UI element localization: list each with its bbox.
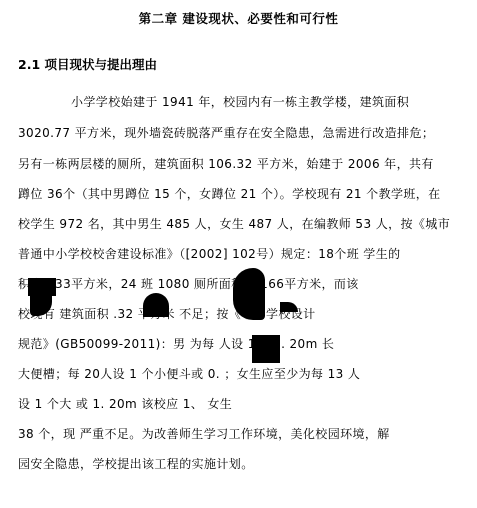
paragraph-line: 设 1 个大 或 1. 20m 该校应 1、 女生	[18, 395, 232, 412]
paragraph-line: 大便槽；每 20人设 1 个小便斗或 0. ；女生应至少为每 13 人	[18, 365, 360, 382]
paragraph-line: 小学学校始建于 1941 年，校园内有一栋主教学楼，建筑面积	[71, 93, 409, 110]
paragraph-line: 积为 133平方米，24 班 1080 厕所面积为 166平方米，而该	[18, 275, 359, 292]
redaction-blob	[252, 335, 280, 363]
paragraph-line: 普通中小学校校舍建设标准》（[2002] 102号）规定：18个班 学生的	[18, 245, 401, 262]
redaction-blob	[233, 268, 265, 320]
paragraph-line: 园安全隐患，学校提出该工程的实施计划。	[18, 455, 254, 472]
section-title: 2.1 项目现状与提出理由	[18, 55, 157, 73]
redaction-blob	[143, 293, 169, 317]
redaction-blob	[280, 302, 298, 312]
paragraph-line: 3020.77 平方米，现外墙瓷砖脱落严重存在安全隐患，急需进行改造排危；	[18, 124, 434, 141]
chapter-title: 第二章 建设现状、必要性和可行性	[0, 9, 477, 27]
paragraph-line: 另有一栋两层楼的厕所，建筑面积 106.32 平方米，始建于 2006 年，共有	[18, 155, 434, 172]
paragraph-line: 规范》(GB50099-2011)：男 为每 人设 1 个: . 20m 长	[18, 335, 334, 352]
paragraph-line: 校学生 972 名，其中男生 485 人，女生 487 人，在编教师 53 人，…	[18, 215, 450, 232]
paragraph-line: 蹲位 36个（其中男蹲位 15 个，女蹲位 21 个）。学校现有 21 个教学班…	[18, 185, 441, 202]
paragraph-line: 38 个，现 严重不足。为改善师生学习工作环境，美化校园环境，解	[18, 425, 390, 442]
